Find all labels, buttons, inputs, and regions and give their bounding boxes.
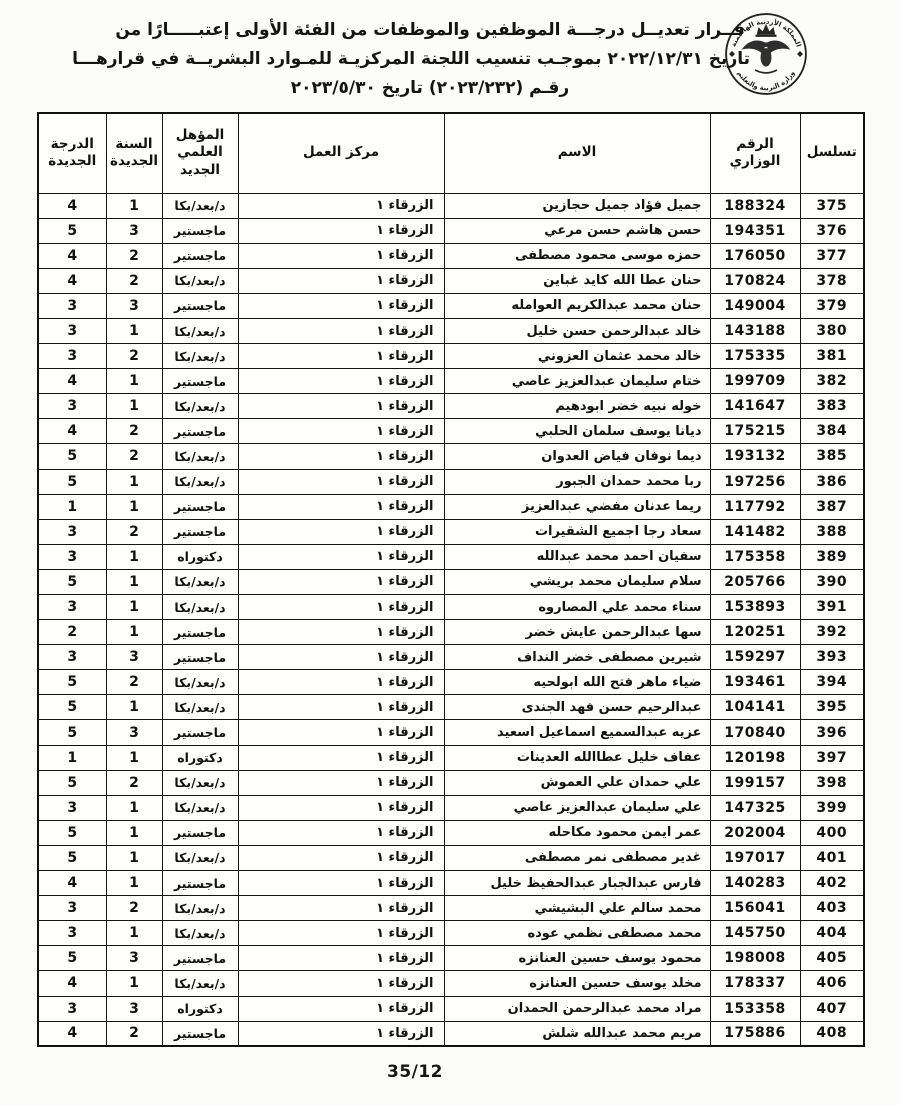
cell-year: 2 [106, 896, 162, 921]
cell-name: حنان محمد عبدالكريم العوامله [444, 293, 710, 318]
cell-grade: 5 [38, 820, 106, 845]
cell-name: علي حمدان علي العموش [444, 770, 710, 795]
table-row: 391153893سناء محمد علي المصاروهالزرقاء ١… [38, 595, 864, 620]
cell-qualification: د/بعد/بكا [162, 795, 238, 820]
cell-ministry_no: 188324 [710, 193, 800, 218]
cell-name: خوله نبيه خضر ابودهيم [444, 394, 710, 419]
cell-qualification: ماجستير [162, 820, 238, 845]
cell-ministry_no: 153893 [710, 595, 800, 620]
table-row: 399147325علي سليمان عبدالعزيز عاصيالزرقا… [38, 795, 864, 820]
cell-year: 1 [106, 318, 162, 343]
cell-name: محمد مصطفى نظمي عوده [444, 921, 710, 946]
cell-grade: 4 [38, 268, 106, 293]
cell-name: شيرين مصطفى خضر النداف [444, 645, 710, 670]
cell-qualification: د/بعد/بكا [162, 695, 238, 720]
shield [761, 48, 772, 66]
cell-year: 1 [106, 820, 162, 845]
cell-qualification: د/بعد/بكا [162, 268, 238, 293]
cell-center: الزرقاء ١ [238, 770, 444, 795]
cell-ministry_no: 199157 [710, 770, 800, 795]
cell-name: فارس عبدالجبار عبدالحفيظ خليل [444, 871, 710, 896]
cell-grade: 4 [38, 871, 106, 896]
cell-center: الزرقاء ١ [238, 820, 444, 845]
cell-serial: 405 [800, 946, 864, 971]
cell-name: عبدالرحيم حسن فهد الجندى [444, 695, 710, 720]
title-line-2: تاريخ ٢٠٢٢/١٢/٣١ بموجـب تنسيب اللجنة الم… [110, 45, 750, 74]
cell-center: الزرقاء ١ [238, 795, 444, 820]
cell-grade: 5 [38, 444, 106, 469]
cell-serial: 391 [800, 595, 864, 620]
cell-serial: 375 [800, 193, 864, 218]
cell-year: 1 [106, 394, 162, 419]
cell-name: محمد سالم علي البشيشي [444, 896, 710, 921]
cell-center: الزرقاء ١ [238, 519, 444, 544]
cell-ministry_no: 170824 [710, 268, 800, 293]
cell-name: ديما نوفان فياض العدوان [444, 444, 710, 469]
cell-grade: 4 [38, 971, 106, 996]
cell-year: 1 [106, 745, 162, 770]
cell-grade: 2 [38, 620, 106, 645]
cell-grade: 3 [38, 344, 106, 369]
cell-ministry_no: 153358 [710, 996, 800, 1021]
col-center: مركز العمل [238, 113, 444, 193]
col-grade: الدرجة الجديدة [38, 113, 106, 193]
page-number: 35/12 [0, 1062, 830, 1082]
cell-grade: 3 [38, 544, 106, 569]
cell-ministry_no: 197256 [710, 469, 800, 494]
cell-year: 3 [106, 645, 162, 670]
cell-ministry_no: 159297 [710, 645, 800, 670]
cell-center: الزرقاء ١ [238, 595, 444, 620]
cell-name: علي سليمان عبدالعزيز عاصي [444, 795, 710, 820]
cell-grade: 1 [38, 745, 106, 770]
table-row: 388141482سعاد رجا اجميع الشقيراتالزرقاء … [38, 519, 864, 544]
cell-center: الزرقاء ١ [238, 569, 444, 594]
cell-center: الزرقاء ١ [238, 444, 444, 469]
cell-name: خالد محمد عثمان العزوني [444, 344, 710, 369]
cell-grade: 5 [38, 569, 106, 594]
cell-serial: 392 [800, 620, 864, 645]
cell-serial: 390 [800, 569, 864, 594]
cell-grade: 3 [38, 318, 106, 343]
cell-serial: 385 [800, 444, 864, 469]
cell-name: ديانا يوسف سلمان الحلبي [444, 419, 710, 444]
cell-name: مريم محمد عبدالله شلش [444, 1021, 710, 1046]
cell-year: 1 [106, 845, 162, 870]
cell-qualification: د/بعد/بكا [162, 896, 238, 921]
cell-ministry_no: 149004 [710, 293, 800, 318]
cell-name: عمر ايمن محمود مكاحله [444, 820, 710, 845]
cell-qualification: ماجستير [162, 494, 238, 519]
cell-serial: 395 [800, 695, 864, 720]
crown-base [756, 35, 777, 37]
cell-ministry_no: 141482 [710, 519, 800, 544]
table-row: 398199157علي حمدان علي العموشالزرقاء ١د/… [38, 770, 864, 795]
cell-serial: 393 [800, 645, 864, 670]
cell-serial: 401 [800, 845, 864, 870]
table-row: 402140283فارس عبدالجبار عبدالحفيظ خليلال… [38, 871, 864, 896]
cell-ministry_no: 141647 [710, 394, 800, 419]
cell-year: 3 [106, 720, 162, 745]
table-row: 397120198عفاف خليل عطاالله العديناتالزرق… [38, 745, 864, 770]
cell-year: 1 [106, 469, 162, 494]
cell-ministry_no: 198008 [710, 946, 800, 971]
col-serial: تسلسل [800, 113, 864, 193]
table-row: 390205766سلام سليمان محمد بريشيالزرقاء ١… [38, 569, 864, 594]
cell-year: 2 [106, 344, 162, 369]
cell-year: 1 [106, 620, 162, 645]
cell-center: الزرقاء ١ [238, 670, 444, 695]
table-row: 394193461ضياء ماهر فتح الله ابولحيهالزرق… [38, 670, 864, 695]
cell-serial: 382 [800, 369, 864, 394]
cell-grade: 5 [38, 670, 106, 695]
cell-serial: 381 [800, 344, 864, 369]
table-header: تسلسلالرقم الوزاريالاسممركز العملالمؤهل … [38, 113, 864, 193]
cell-year: 3 [106, 293, 162, 318]
cell-qualification: ماجستير [162, 1021, 238, 1046]
cell-grade: 5 [38, 720, 106, 745]
cell-name: مخلد يوسف حسين العنانزه [444, 971, 710, 996]
cell-ministry_no: 120198 [710, 745, 800, 770]
cell-ministry_no: 120251 [710, 620, 800, 645]
cell-center: الزرقاء ١ [238, 695, 444, 720]
cell-center: الزرقاء ١ [238, 921, 444, 946]
cell-grade: 3 [38, 595, 106, 620]
cell-center: الزرقاء ١ [238, 745, 444, 770]
cell-name: سلام سليمان محمد بريشي [444, 569, 710, 594]
cell-center: الزرقاء ١ [238, 419, 444, 444]
cell-center: الزرقاء ١ [238, 971, 444, 996]
cell-center: الزرقاء ١ [238, 318, 444, 343]
header-row: تسلسلالرقم الوزاريالاسممركز العملالمؤهل … [38, 113, 864, 193]
cell-grade: 3 [38, 645, 106, 670]
table-row: 379149004حنان محمد عبدالكريم العواملهالز… [38, 293, 864, 318]
cell-ministry_no: 175358 [710, 544, 800, 569]
cell-grade: 3 [38, 896, 106, 921]
seal-ribbon [755, 70, 777, 73]
cell-center: الزرقاء ١ [238, 720, 444, 745]
cell-name: عفاف خليل عطاالله العدينات [444, 745, 710, 770]
cell-year: 1 [106, 871, 162, 896]
cell-qualification: ماجستير [162, 620, 238, 645]
cell-qualification: دكتوراه [162, 544, 238, 569]
cell-grade: 4 [38, 419, 106, 444]
cell-serial: 388 [800, 519, 864, 544]
cell-year: 2 [106, 770, 162, 795]
cell-qualification: د/بعد/بكا [162, 394, 238, 419]
cell-ministry_no: 197017 [710, 845, 800, 870]
cell-serial: 387 [800, 494, 864, 519]
cell-ministry_no: 199709 [710, 369, 800, 394]
cell-ministry_no: 193461 [710, 670, 800, 695]
scanned-document-page: المملكة الأردنية الهاشمية وزارة التربية … [0, 0, 900, 1106]
cell-serial: 400 [800, 820, 864, 845]
cell-year: 3 [106, 218, 162, 243]
cell-name: سفيان احمد محمد عبدالله [444, 544, 710, 569]
cell-name: سها عبدالرحمن عايش خضر [444, 620, 710, 645]
cell-serial: 404 [800, 921, 864, 946]
cell-year: 1 [106, 193, 162, 218]
cell-center: الزرقاء ١ [238, 946, 444, 971]
cell-qualification: ماجستير [162, 946, 238, 971]
table-body: 375188324جميل فؤاد جميل حجازينالزرقاء ١د… [38, 193, 864, 1046]
cell-name: سناء محمد علي المصاروه [444, 595, 710, 620]
cell-ministry_no: 156041 [710, 896, 800, 921]
title-line-1: قــرار تعديــل درجـــة الموظفين والموظفا… [110, 16, 750, 45]
table-row: 378170824حنان عطا الله كايد غباينالزرقاء… [38, 268, 864, 293]
cell-ministry_no: 143188 [710, 318, 800, 343]
cell-center: الزرقاء ١ [238, 996, 444, 1021]
cell-ministry_no: 178337 [710, 971, 800, 996]
table-row: 380143188خالد عبدالرحمن حسن خليلالزرقاء … [38, 318, 864, 343]
table-row: 392120251سها عبدالرحمن عايش خضرالزرقاء ١… [38, 620, 864, 645]
cell-name: ضياء ماهر فتح الله ابولحيه [444, 670, 710, 695]
table-row: 401197017غدير مصطفى نمر مصطفىالزرقاء ١د/… [38, 845, 864, 870]
cell-serial: 396 [800, 720, 864, 745]
cell-year: 2 [106, 519, 162, 544]
cell-year: 2 [106, 444, 162, 469]
cell-grade: 3 [38, 921, 106, 946]
cell-year: 1 [106, 595, 162, 620]
cell-ministry_no: 175886 [710, 1021, 800, 1046]
cell-center: الزرقاء ١ [238, 193, 444, 218]
cell-year: 2 [106, 243, 162, 268]
cell-center: الزرقاء ١ [238, 268, 444, 293]
cell-qualification: د/بعد/بكا [162, 569, 238, 594]
table-row: 375188324جميل فؤاد جميل حجازينالزرقاء ١د… [38, 193, 864, 218]
cell-name: ختام سليمان عبدالعزيز عاصي [444, 369, 710, 394]
col-ministry_no: الرقم الوزاري [710, 113, 800, 193]
cell-year: 1 [106, 695, 162, 720]
cell-year: 1 [106, 494, 162, 519]
table-row: 393159297شيرين مصطفى خضر الندافالزرقاء ١… [38, 645, 864, 670]
cell-grade: 5 [38, 946, 106, 971]
cell-year: 2 [106, 1021, 162, 1046]
cell-qualification: د/بعد/بكا [162, 670, 238, 695]
cell-name: غدير مصطفى نمر مصطفى [444, 845, 710, 870]
cell-serial: 383 [800, 394, 864, 419]
cell-qualification: ماجستير [162, 293, 238, 318]
table-row: 384175215ديانا يوسف سلمان الحلبيالزرقاء … [38, 419, 864, 444]
cell-qualification: د/بعد/بكا [162, 595, 238, 620]
cell-center: الزرقاء ١ [238, 896, 444, 921]
cell-serial: 379 [800, 293, 864, 318]
cell-qualification: ماجستير [162, 419, 238, 444]
cell-grade: 3 [38, 996, 106, 1021]
cell-year: 3 [106, 946, 162, 971]
cell-name: ريما عدنان مفضي عبدالعزيز [444, 494, 710, 519]
table-row: 383141647خوله نبيه خضر ابودهيمالزرقاء ١د… [38, 394, 864, 419]
cell-center: الزرقاء ١ [238, 1021, 444, 1046]
cell-center: الزرقاء ١ [238, 494, 444, 519]
table-row: 385193132ديما نوفان فياض العدوانالزرقاء … [38, 444, 864, 469]
cell-qualification: ماجستير [162, 871, 238, 896]
cell-name: حنان عطا الله كايد غباين [444, 268, 710, 293]
cell-serial: 402 [800, 871, 864, 896]
cell-name: ربا محمد حمدان الجبور [444, 469, 710, 494]
cell-qualification: ماجستير [162, 369, 238, 394]
cell-ministry_no: 175335 [710, 344, 800, 369]
cell-center: الزرقاء ١ [238, 469, 444, 494]
cell-grade: 1 [38, 494, 106, 519]
eagle-head [764, 42, 769, 47]
cell-serial: 386 [800, 469, 864, 494]
employees-table: تسلسلالرقم الوزاريالاسممركز العملالمؤهل … [37, 112, 865, 1047]
table-row: 405198008محمود يوسف حسين العنانزهالزرقاء… [38, 946, 864, 971]
table-row: 400202004عمر ايمن محمود مكاحلهالزرقاء ١م… [38, 820, 864, 845]
cell-center: الزرقاء ١ [238, 620, 444, 645]
cell-name: خالد عبدالرحمن حسن خليل [444, 318, 710, 343]
cell-serial: 408 [800, 1021, 864, 1046]
cell-qualification: د/بعد/بكا [162, 444, 238, 469]
cell-year: 2 [106, 268, 162, 293]
col-qualification: المؤهل العلمي الجديد [162, 113, 238, 193]
cell-serial: 403 [800, 896, 864, 921]
cell-year: 1 [106, 795, 162, 820]
cell-name: محمود يوسف حسين العنانزه [444, 946, 710, 971]
table-row: 408175886مريم محمد عبدالله شلشالزرقاء ١م… [38, 1021, 864, 1046]
cell-qualification: د/بعد/بكا [162, 193, 238, 218]
cell-serial: 406 [800, 971, 864, 996]
table-row: 406178337مخلد يوسف حسين العنانزهالزرقاء … [38, 971, 864, 996]
cell-qualification: ماجستير [162, 645, 238, 670]
table-row: 377176050حمزه موسى محمود مصطفىالزرقاء ١م… [38, 243, 864, 268]
cell-ministry_no: 147325 [710, 795, 800, 820]
cell-qualification: ماجستير [162, 720, 238, 745]
cell-ministry_no: 194351 [710, 218, 800, 243]
cell-grade: 3 [38, 394, 106, 419]
table-row: 386197256ربا محمد حمدان الجبورالزرقاء ١د… [38, 469, 864, 494]
cell-grade: 4 [38, 369, 106, 394]
cell-serial: 378 [800, 268, 864, 293]
cell-center: الزرقاء ١ [238, 845, 444, 870]
table-row: 407153358مراد محمد عبدالرحمن الحمدانالزر… [38, 996, 864, 1021]
cell-qualification: ماجستير [162, 519, 238, 544]
cell-center: الزرقاء ١ [238, 218, 444, 243]
decree-title: قــرار تعديــل درجـــة الموظفين والموظفا… [110, 16, 750, 103]
table-row: 387117792ريما عدنان مفضي عبدالعزيزالزرقا… [38, 494, 864, 519]
col-name: الاسم [444, 113, 710, 193]
title-line-3: رقـم (٢٠٢٣/٢٣٢) تاريخ ٢٠٢٣/٥/٣٠ [110, 74, 750, 103]
cell-grade: 5 [38, 695, 106, 720]
cell-ministry_no: 176050 [710, 243, 800, 268]
cell-center: الزرقاء ١ [238, 394, 444, 419]
cell-grade: 3 [38, 795, 106, 820]
cell-center: الزرقاء ١ [238, 344, 444, 369]
cell-grade: 5 [38, 845, 106, 870]
table-row: 376194351حسن هاشم حسن مرعيالزرقاء ١ماجست… [38, 218, 864, 243]
cell-name: عزيه عبدالسميع اسماعيل اسعيد [444, 720, 710, 745]
cell-qualification: د/بعد/بكا [162, 971, 238, 996]
cell-qualification: د/بعد/بكا [162, 318, 238, 343]
cell-grade: 3 [38, 293, 106, 318]
col-year: السنة الجديدة [106, 113, 162, 193]
cell-serial: 399 [800, 795, 864, 820]
cell-serial: 394 [800, 670, 864, 695]
cell-ministry_no: 202004 [710, 820, 800, 845]
cell-serial: 376 [800, 218, 864, 243]
cell-year: 1 [106, 544, 162, 569]
cell-qualification: ماجستير [162, 218, 238, 243]
cell-ministry_no: 205766 [710, 569, 800, 594]
cell-name: حمزه موسى محمود مصطفى [444, 243, 710, 268]
cell-qualification: د/بعد/بكا [162, 469, 238, 494]
cell-qualification: د/بعد/بكا [162, 344, 238, 369]
cell-grade: 4 [38, 1021, 106, 1046]
table-row: 403156041محمد سالم علي البشيشيالزرقاء ١د… [38, 896, 864, 921]
cell-grade: 4 [38, 193, 106, 218]
cell-qualification: د/بعد/بكا [162, 770, 238, 795]
cell-qualification: د/بعد/بكا [162, 921, 238, 946]
cell-name: سعاد رجا اجميع الشقيرات [444, 519, 710, 544]
cell-center: الزرقاء ١ [238, 369, 444, 394]
cell-name: مراد محمد عبدالرحمن الحمدان [444, 996, 710, 1021]
cell-name: حسن هاشم حسن مرعي [444, 218, 710, 243]
table-row: 381175335خالد محمد عثمان العزونيالزرقاء … [38, 344, 864, 369]
seal-star-left [797, 51, 803, 57]
cell-ministry_no: 140283 [710, 871, 800, 896]
table-row: 389175358سفيان احمد محمد عبداللهالزرقاء … [38, 544, 864, 569]
cell-ministry_no: 175215 [710, 419, 800, 444]
cell-qualification: د/بعد/بكا [162, 845, 238, 870]
cell-serial: 407 [800, 996, 864, 1021]
cell-ministry_no: 145750 [710, 921, 800, 946]
cell-name: جميل فؤاد جميل حجازين [444, 193, 710, 218]
cell-grade: 5 [38, 218, 106, 243]
cell-center: الزرقاء ١ [238, 645, 444, 670]
cell-year: 1 [106, 569, 162, 594]
cell-center: الزرقاء ١ [238, 871, 444, 896]
cell-year: 2 [106, 419, 162, 444]
cell-grade: 5 [38, 770, 106, 795]
cell-ministry_no: 170840 [710, 720, 800, 745]
cell-serial: 389 [800, 544, 864, 569]
cell-ministry_no: 193132 [710, 444, 800, 469]
cell-serial: 380 [800, 318, 864, 343]
table-row: 404145750محمد مصطفى نظمي عودهالزرقاء ١د/… [38, 921, 864, 946]
table-row: 395104141عبدالرحيم حسن فهد الجندىالزرقاء… [38, 695, 864, 720]
cell-year: 1 [106, 369, 162, 394]
cell-center: الزرقاء ١ [238, 293, 444, 318]
table-row: 382199709ختام سليمان عبدالعزيز عاصيالزرق… [38, 369, 864, 394]
cell-center: الزرقاء ١ [238, 544, 444, 569]
cell-year: 2 [106, 670, 162, 695]
cell-serial: 384 [800, 419, 864, 444]
cell-year: 3 [106, 996, 162, 1021]
cell-qualification: دكتوراه [162, 745, 238, 770]
cell-ministry_no: 117792 [710, 494, 800, 519]
cell-grade: 5 [38, 469, 106, 494]
cell-serial: 397 [800, 745, 864, 770]
cell-serial: 377 [800, 243, 864, 268]
cell-grade: 4 [38, 243, 106, 268]
cell-center: الزرقاء ١ [238, 243, 444, 268]
cell-grade: 3 [38, 519, 106, 544]
cell-qualification: دكتوراه [162, 996, 238, 1021]
cell-year: 1 [106, 971, 162, 996]
cell-year: 1 [106, 921, 162, 946]
cell-ministry_no: 104141 [710, 695, 800, 720]
cell-qualification: ماجستير [162, 243, 238, 268]
table-row: 396170840عزيه عبدالسميع اسماعيل اسعيدالز… [38, 720, 864, 745]
cell-serial: 398 [800, 770, 864, 795]
